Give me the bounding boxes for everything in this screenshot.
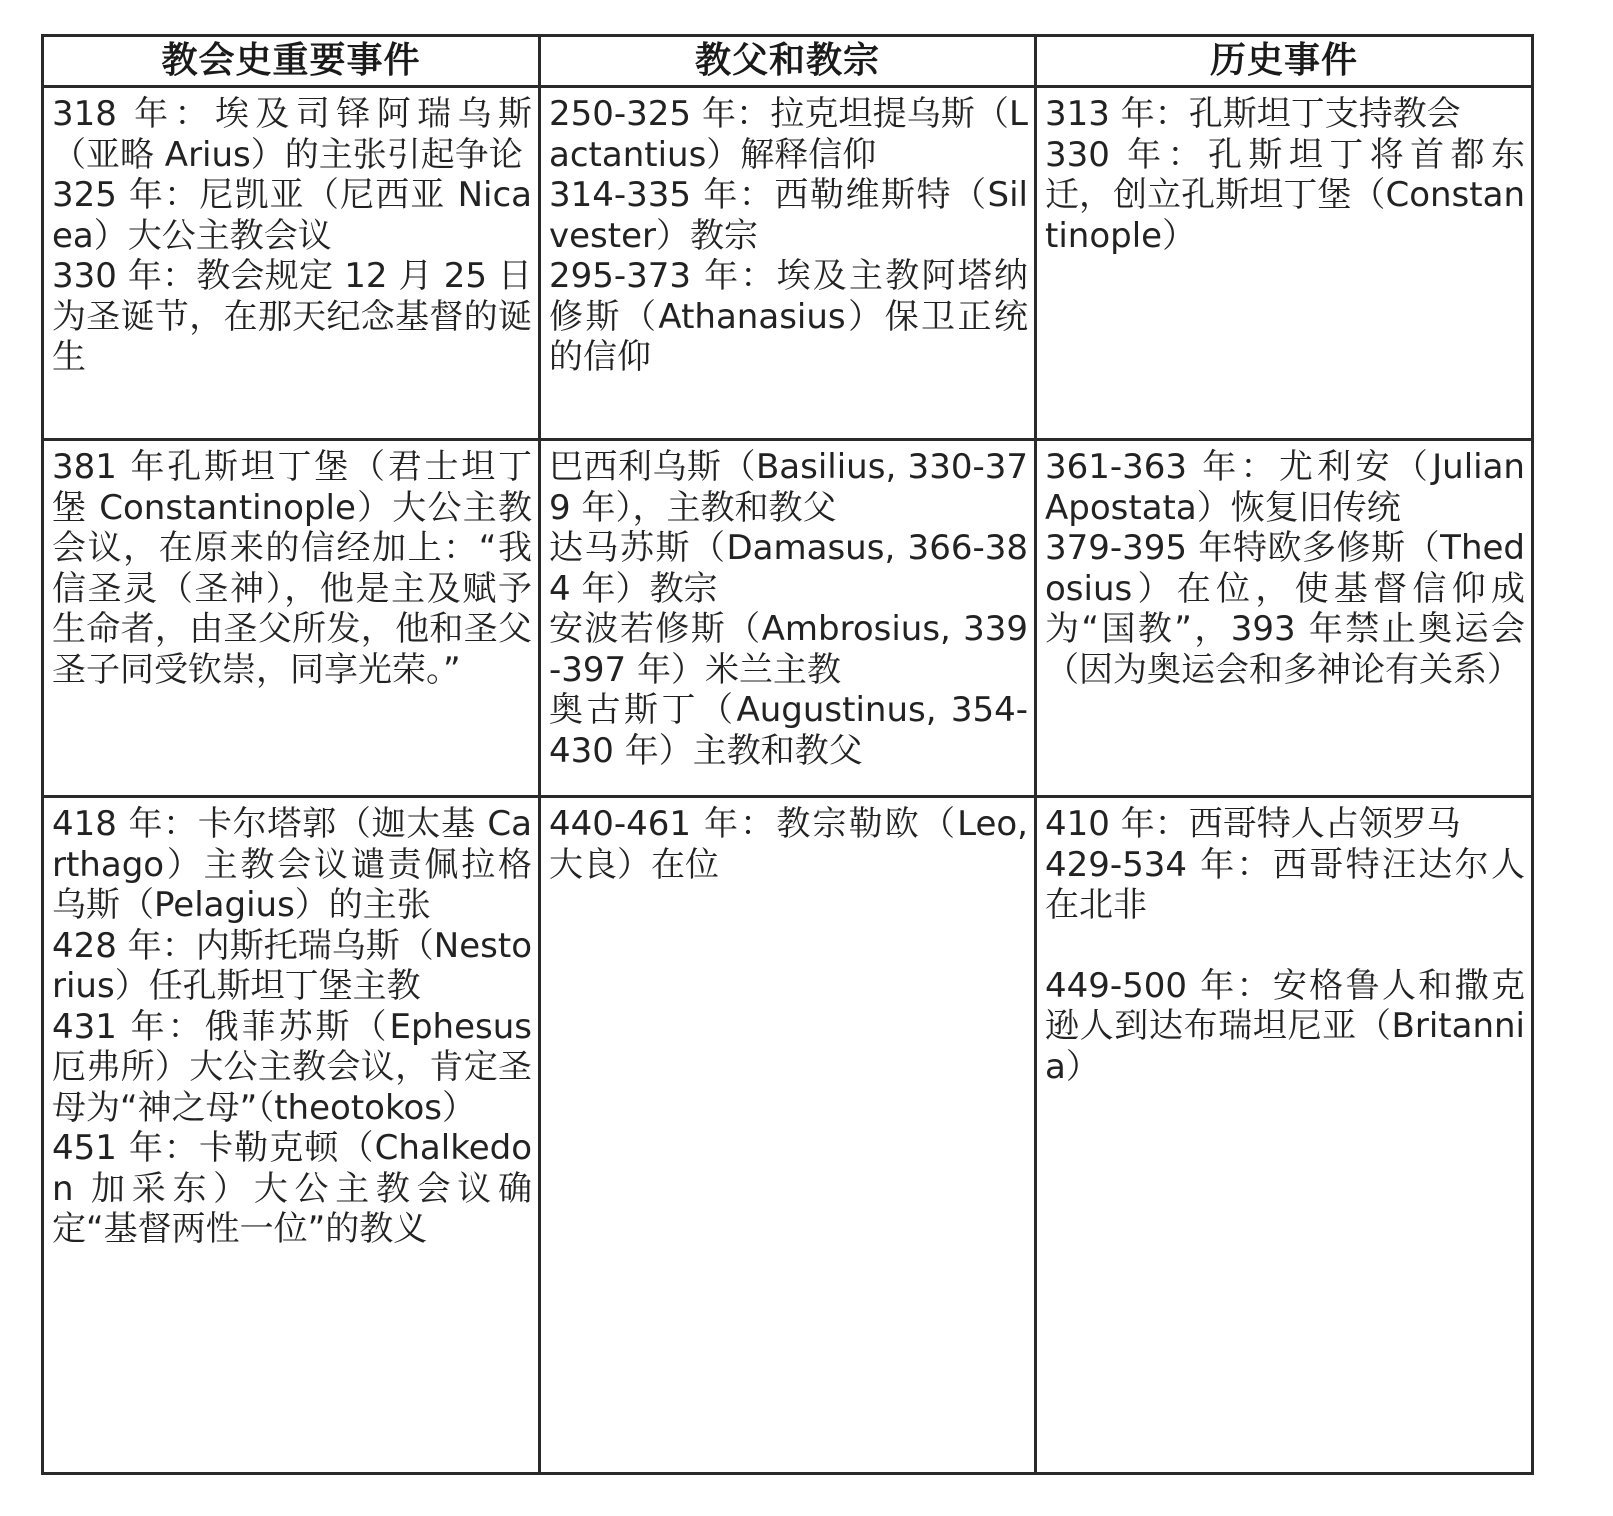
header-historical-events: 历史事件 [1036,36,1533,87]
cell-church-events: 381 年孔斯坦丁堡（君士坦丁堡 Constantinople）大公主教会议，在… [43,440,540,797]
entry: 361-363 年：尤利安（Julian Apostata）恢复旧传统 [1045,447,1525,528]
entry: 巴西利乌斯（Basilius, 330-379 年），主教和教父 [549,447,1028,528]
entry: 429-534 年：西哥特汪达尔人在北非 [1045,845,1525,926]
header-church-events: 教会史重要事件 [43,36,540,87]
entry: 381 年孔斯坦丁堡（君士坦丁堡 Constantinople）大公主教会议，在… [52,447,532,690]
entry: 451 年：卡勒克顿（Chalkedon 加采东）大公主教会议确定“基督两性一位… [52,1128,532,1250]
entry: 314-335 年：西勒维斯特（Silvester）教宗 [549,175,1028,256]
entry: 330 年：孔斯坦丁将首都东迁，创立孔斯坦丁堡（Constantinople） [1045,135,1525,257]
cell-fathers-popes: 440-461 年：教宗勒欧（Leo, 大良）在位 [540,797,1036,1474]
table-row: 381 年孔斯坦丁堡（君士坦丁堡 Constantinople）大公主教会议，在… [43,440,1533,797]
entry: 325 年：尼凯亚（尼西亚 Nicaea）大公主教会议 [52,175,532,256]
entry: 奥古斯丁（Augustinus, 354-430 年）主教和教父 [549,690,1028,771]
cell-historical-events: 313 年：孔斯坦丁支持教会 330 年：孔斯坦丁将首都东迁，创立孔斯坦丁堡（C… [1036,87,1533,440]
cell-church-events: 318 年：埃及司铎阿瑞乌斯（亚略 Arius）的主张引起争论 325 年：尼凯… [43,87,540,440]
entry: 379-395 年特欧多修斯（Thedosius）在位，使基督信仰成为“国教”，… [1045,528,1525,690]
cell-historical-events: 361-363 年：尤利安（Julian Apostata）恢复旧传统 379-… [1036,440,1533,797]
entry: 431 年：俄菲苏斯（Ephesus 厄弗所）大公主教会议，肯定圣母为“神之母”… [52,1007,532,1129]
entry: 295-373 年：埃及主教阿塔纳修斯（Athanasius）保卫正统的信仰 [549,256,1028,378]
header-row: 教会史重要事件 教父和教宗 历史事件 [43,36,1533,87]
entry: 410 年：西哥特人占领罗马 [1045,804,1525,845]
cell-church-events: 418 年：卡尔塔郭（迦太基 Carthago）主教会议谴责佩拉格乌斯（Pela… [43,797,540,1474]
church-history-timeline-table: 教会史重要事件 教父和教宗 历史事件 318 年：埃及司铎阿瑞乌斯（亚略 Ari… [41,34,1534,1475]
cell-fathers-popes: 250-325 年：拉克坦提乌斯（Lactantius）解释信仰 314-335… [540,87,1036,440]
entry: 428 年：内斯托瑞乌斯（Nestorius）任孔斯坦丁堡主教 [52,926,532,1007]
entry: 418 年：卡尔塔郭（迦太基 Carthago）主教会议谴责佩拉格乌斯（Pela… [52,804,532,926]
table-row: 318 年：埃及司铎阿瑞乌斯（亚略 Arius）的主张引起争论 325 年：尼凯… [43,87,1533,440]
cell-historical-events: 410 年：西哥特人占领罗马 429-534 年：西哥特汪达尔人在北非 449-… [1036,797,1533,1474]
entry: 达马苏斯（Damasus, 366-384 年）教宗 [549,528,1028,609]
entry: 250-325 年：拉克坦提乌斯（Lactantius）解释信仰 [549,94,1028,175]
table-row: 418 年：卡尔塔郭（迦太基 Carthago）主教会议谴责佩拉格乌斯（Pela… [43,797,1533,1474]
entry: 330 年：教会规定 12 月 25 日为圣诞节，在那天纪念基督的诞生 [52,256,532,378]
church-history-timeline-table-container: 教会史重要事件 教父和教宗 历史事件 318 年：埃及司铎阿瑞乌斯（亚略 Ari… [41,34,1531,1475]
entry: 313 年：孔斯坦丁支持教会 [1045,94,1525,135]
entry: 440-461 年：教宗勒欧（Leo, 大良）在位 [549,804,1028,885]
entry: 318 年：埃及司铎阿瑞乌斯（亚略 Arius）的主张引起争论 [52,94,532,175]
entry: 449-500 年：安格鲁人和撒克逊人到达布瑞坦尼亚（Britannia） [1045,966,1525,1088]
entry: 安波若修斯（Ambrosius, 339-397 年）米兰主教 [549,609,1028,690]
header-fathers-popes: 教父和教宗 [540,36,1036,87]
cell-fathers-popes: 巴西利乌斯（Basilius, 330-379 年），主教和教父 达马苏斯（Da… [540,440,1036,797]
